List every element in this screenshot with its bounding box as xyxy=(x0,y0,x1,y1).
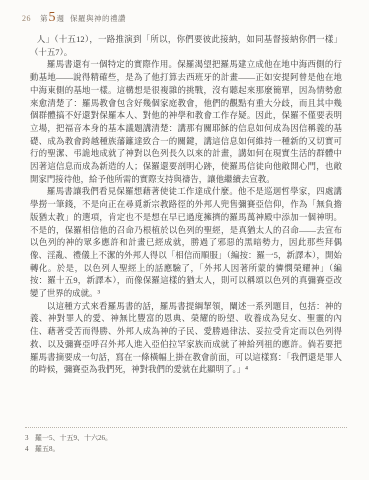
footnote-text: 羅一5、十五9、十六26。 xyxy=(35,433,347,444)
page-number: 26 xyxy=(22,14,31,23)
paragraph: 羅馬書讓我們看見保羅想藉著使徒工作達成什麼。他不是巡迴哲學家，四處講學撈一筆錢，… xyxy=(30,185,342,299)
paragraph: 以這種方式來看羅馬書的話，羅馬書提綱挈領，闡述一系列題目，包括：神的義、神對罪人… xyxy=(30,300,342,376)
lesson-suffix: 週 xyxy=(57,13,65,24)
chapter-title: 保羅與神的禮讚 xyxy=(70,13,126,24)
footnote: 3 羅一5、十五9、十六26。 xyxy=(25,433,347,444)
footnote-area: 3 羅一5、十五9、十六26。 4 羅五8。 xyxy=(25,427,347,454)
book-page: 26 第 5 週 保羅與神的禮讚 人」（十五12），一路推演到「所以，你們要彼此… xyxy=(0,0,369,480)
footnote-text: 羅五8。 xyxy=(35,444,347,455)
footnote-marker: 3 xyxy=(25,433,35,444)
paragraph: 羅馬書還有一個特定的實際作用。保羅渴望把羅馬建立成他在地中海西側的行動基地——說… xyxy=(30,58,342,185)
lesson-prefix: 第 xyxy=(40,13,48,24)
footnote: 4 羅五8。 xyxy=(25,444,347,455)
footnote-marker: 4 xyxy=(25,444,35,455)
running-header: 26 第 5 週 保羅與神的禮讚 xyxy=(22,11,126,25)
body-text: 人」（十五12），一路推演到「所以，你們要彼此接納，如同基督接納你們一樣」（十五… xyxy=(30,33,342,376)
paragraph-continuation: 人」（十五12），一路推演到「所以，你們要彼此接納，如同基督接納你們一樣」（十五… xyxy=(30,33,342,58)
lesson-number: 5 xyxy=(48,11,57,25)
